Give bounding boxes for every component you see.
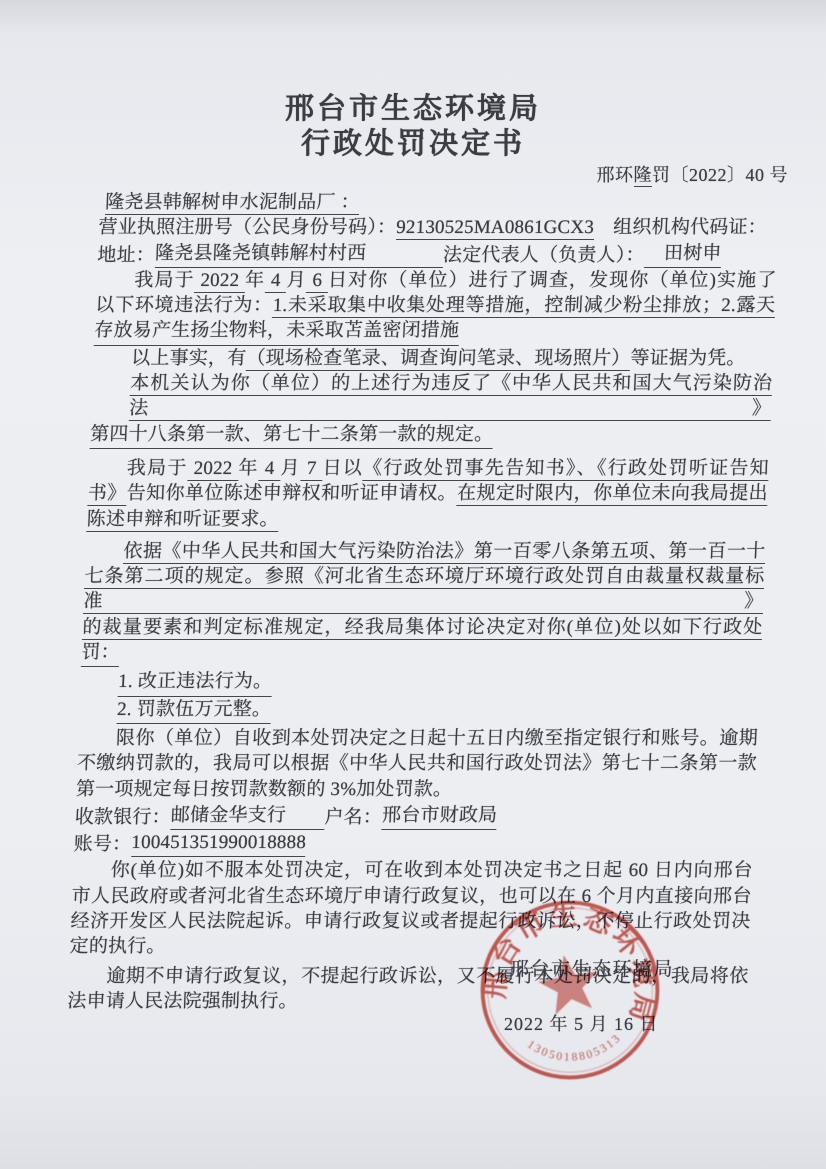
text-segment: 我局于 bbox=[134, 270, 195, 291]
text-segment: 隆 bbox=[634, 165, 653, 187]
text-segment: 2022 bbox=[194, 270, 245, 293]
body-line: 依据《中华人民共和国大气污染防治法》第一百零八条第五项、第一百一十 bbox=[85, 539, 766, 564]
text-segment: 第四十八条第一款、第七十二条第一款的规定。 bbox=[90, 422, 494, 449]
text-segment: 日以 bbox=[322, 458, 363, 479]
text-segment: 6 bbox=[306, 270, 328, 293]
text-segment: 4 bbox=[265, 270, 287, 293]
text-segment: 以上事实，有 bbox=[131, 348, 247, 369]
text-segment: 的裁量要素和判定标准规定，经我局集体讨论决定对你(单位)处以如下行政处 bbox=[82, 617, 763, 640]
text-segment: 陈述申辩和听证要求。 bbox=[86, 509, 279, 532]
body-line: 以下环境违法行为：1.未采取集中收集处理等措施，控制减少粉尘排放；2.露天 bbox=[95, 293, 776, 318]
title-line-1: 邢台市生态环境局 bbox=[0, 92, 826, 127]
text-segment: 100451351990018888 bbox=[131, 830, 307, 857]
body-line: 营业执照注册号（公民身份号码）：92130525MA0861GCX3 组织机构代… bbox=[98, 215, 779, 240]
body-line: 本机关认为你（单位）的上述行为违反了《中华人民共和国大气污染防治法》 bbox=[91, 371, 773, 422]
text-segment: 限你（单位）自收到本处罚决定之日起十五日内缴至指定银行和账号。逾期 bbox=[116, 728, 759, 749]
text-segment: 7 bbox=[300, 458, 323, 481]
scanned-document-page: 邢台市生态环境局 行政处罚决定书 邢环隆罚〔2022〕40 号 隆尧县韩解树申水… bbox=[0, 0, 826, 1169]
text-segment: 书》 bbox=[87, 483, 127, 506]
text-segment: 定的执行。 bbox=[69, 936, 166, 957]
text-segment: 组织机构代码证： bbox=[594, 217, 768, 238]
text-segment: 邢环 bbox=[597, 165, 634, 185]
body-line: 市人民政府或者河北省生态环境厅申请行政复议，也可以在 6 个月内直接向邢台 bbox=[71, 884, 752, 909]
title-line-2: 行政处罚决定书 bbox=[0, 127, 826, 162]
text-segment: 罚〔2022〕40 号 bbox=[652, 165, 788, 185]
text-segment: 本机关认为你（单位）的上述行为违反了《中华人民共和国大气污染防治法》 bbox=[129, 373, 773, 421]
body-line: 以上事实，有（现场检查笔录、调查询问笔录、现场照片）等证据为凭。 bbox=[93, 346, 774, 371]
svg-text:1305018805313: 1305018805313 bbox=[523, 1022, 626, 1072]
body-line: 第四十八条第一款、第七十二条第一款的规定。 bbox=[90, 422, 771, 449]
text-segment: 1. 改正违法行为。 bbox=[118, 669, 273, 696]
body-line: 收款银行：邮储金华支行 户名：邢台市财政局 bbox=[74, 803, 755, 830]
text-segment: 邮储金华支行 bbox=[170, 803, 325, 830]
document-title: 邢台市生态环境局 行政处罚决定书 bbox=[0, 92, 826, 162]
body-line: 陈述申辩和听证要求。 bbox=[86, 507, 767, 532]
body-line: 隆尧县韩解树申水泥制品厂 ： bbox=[99, 190, 780, 215]
body-line: 书》告知你单位陈述申辩权和听证申请权。在规定时限内，你单位未向我局提出 bbox=[87, 481, 768, 506]
text-segment: 92130525MA0861GCX3 bbox=[396, 217, 595, 240]
text-segment: 存放易产生扬尘物料，未采取苫盖密闭措施 bbox=[94, 318, 460, 345]
seal-serial-number: 1305018805313 bbox=[523, 1022, 626, 1072]
text-segment: 营业执照注册号（公民身份号码）： bbox=[98, 217, 397, 238]
text-segment: 市人民政府或者河北省生态环境厅申请行政复议，也可以在 6 个月内直接向邢台 bbox=[71, 886, 752, 907]
text-segment: 2. 罚款伍万元整。 bbox=[117, 697, 272, 724]
star-icon bbox=[534, 950, 603, 1017]
text-segment: 以下环境违法行为： bbox=[95, 295, 273, 316]
text-segment: 依据《中华人民共和国大气污染防治法》第一百零八条第五项、第一百一十 bbox=[123, 541, 766, 564]
body-line: 我局于 2022 年 4 月 6 日对你（单位）进行了调查，发现你（单位)实施了 bbox=[96, 268, 777, 293]
body-line: 的裁量要素和判定标准规定，经我局集体讨论决定对你(单位)处以如下行政处 bbox=[82, 615, 763, 640]
text-segment: 等证据为凭。 bbox=[630, 348, 746, 369]
text-segment: 收款银行： bbox=[74, 805, 171, 830]
body-line: 存放易产生扬尘物料，未采取苫盖密闭措施 bbox=[94, 318, 775, 345]
text-segment: 年 bbox=[238, 458, 259, 479]
text-segment: 4 bbox=[258, 458, 281, 481]
text-segment: 日对你（单位）进行了调查，发现你（单位)实施了 bbox=[328, 270, 777, 291]
body-line: 不缴纳罚款的，我局可以根据《中华人民共和国行政处罚法》第七十二条第一款 bbox=[76, 751, 757, 776]
body-line: 第一项规定每日按罚款数额的 3%加处罚款。 bbox=[75, 777, 756, 802]
text-segment: 你(单位)如不服本处罚决定，可在收到本处罚决定书之日起 60 日内向邢台 bbox=[110, 860, 753, 881]
text-segment: 月 bbox=[286, 270, 307, 291]
body-line: 地址：隆尧县隆尧镇韩解村村西 法定代表人（负责人）： 田树申 bbox=[97, 241, 778, 268]
text-segment: 月 bbox=[280, 458, 301, 479]
body-line: 你(单位)如不服本处罚决定，可在收到本处罚决定书之日起 60 日内向邢台 bbox=[72, 858, 753, 883]
text-segment: 户名： bbox=[324, 805, 383, 830]
text-segment: 法申请人民法院强制执行。 bbox=[67, 991, 298, 1012]
body-line: 我局于 2022 年 4 月 7 日以《行政处罚事先告知书》、《行政处罚听证告知 bbox=[88, 456, 769, 481]
text-segment: 罚： bbox=[81, 640, 121, 667]
text-segment: 账号： bbox=[73, 832, 132, 857]
text-segment: 《行政处罚事先告知书》、《行政处罚听证告知 bbox=[363, 458, 770, 481]
text-segment: 在规定时限内，你单位未向我局提出 bbox=[457, 483, 769, 506]
body-line: 七条第二项的规定。参照《河北省生态环境厅环境行政处罚自由裁量权裁量标准》 bbox=[83, 564, 765, 615]
text-segment: 七条第二项的规定。参照《河北省生态环境厅环境行政处罚自由裁量权裁量标准》 bbox=[83, 566, 765, 614]
text-segment: 邢台市财政局 bbox=[382, 803, 498, 830]
text-segment: 年 bbox=[245, 270, 266, 291]
text-segment: 田树申 bbox=[644, 241, 722, 268]
body-line: 1. 改正违法行为。 bbox=[80, 669, 761, 696]
body-line: 2. 罚款伍万元整。 bbox=[79, 697, 760, 724]
doc-number: 邢环隆罚〔2022〕40 号 bbox=[597, 161, 789, 187]
official-seal: 邢台市生态环境局 1305018805313 bbox=[462, 882, 677, 1097]
text-segment: 地址： bbox=[97, 243, 156, 268]
text-segment: 第一项规定每日按罚款数额的 3%加处罚款。 bbox=[76, 779, 453, 800]
text-segment: 我局于 bbox=[126, 458, 188, 479]
text-segment: 法定代表人（负责人）： bbox=[442, 243, 645, 268]
text-segment: 隆尧县韩解树申水泥制品厂 ： bbox=[105, 192, 360, 215]
text-segment: （现场检查笔录、调查询问笔录、现场照片） bbox=[246, 348, 631, 371]
body-line: 罚： bbox=[81, 640, 762, 667]
text-segment: 1.未采取集中收集处理等措施，控制减少粉尘排放；2.露天 bbox=[272, 295, 775, 318]
official-seal-graphic: 邢台市生态环境局 1305018805313 bbox=[462, 882, 677, 1097]
text-segment: 隆尧县隆尧镇韩解村村西 bbox=[154, 241, 443, 268]
document-body: 隆尧县韩解树申水泥制品厂 ：营业执照注册号（公民身份号码）：92130525MA… bbox=[0, 190, 780, 1014]
text-segment: 2022 bbox=[187, 458, 239, 481]
text-segment: 不缴纳罚款的，我局可以根据《中华人民共和国行政处罚法》第七十二条第一款 bbox=[77, 753, 758, 774]
text-segment: 告知你单位陈述申辩权和听证申请权。 bbox=[126, 483, 457, 504]
body-line: 限你（单位）自收到本处罚决定之日起十五日内缴至指定银行和账号。逾期 bbox=[77, 726, 758, 751]
body-line: 账号：100451351990018888 bbox=[73, 830, 754, 857]
